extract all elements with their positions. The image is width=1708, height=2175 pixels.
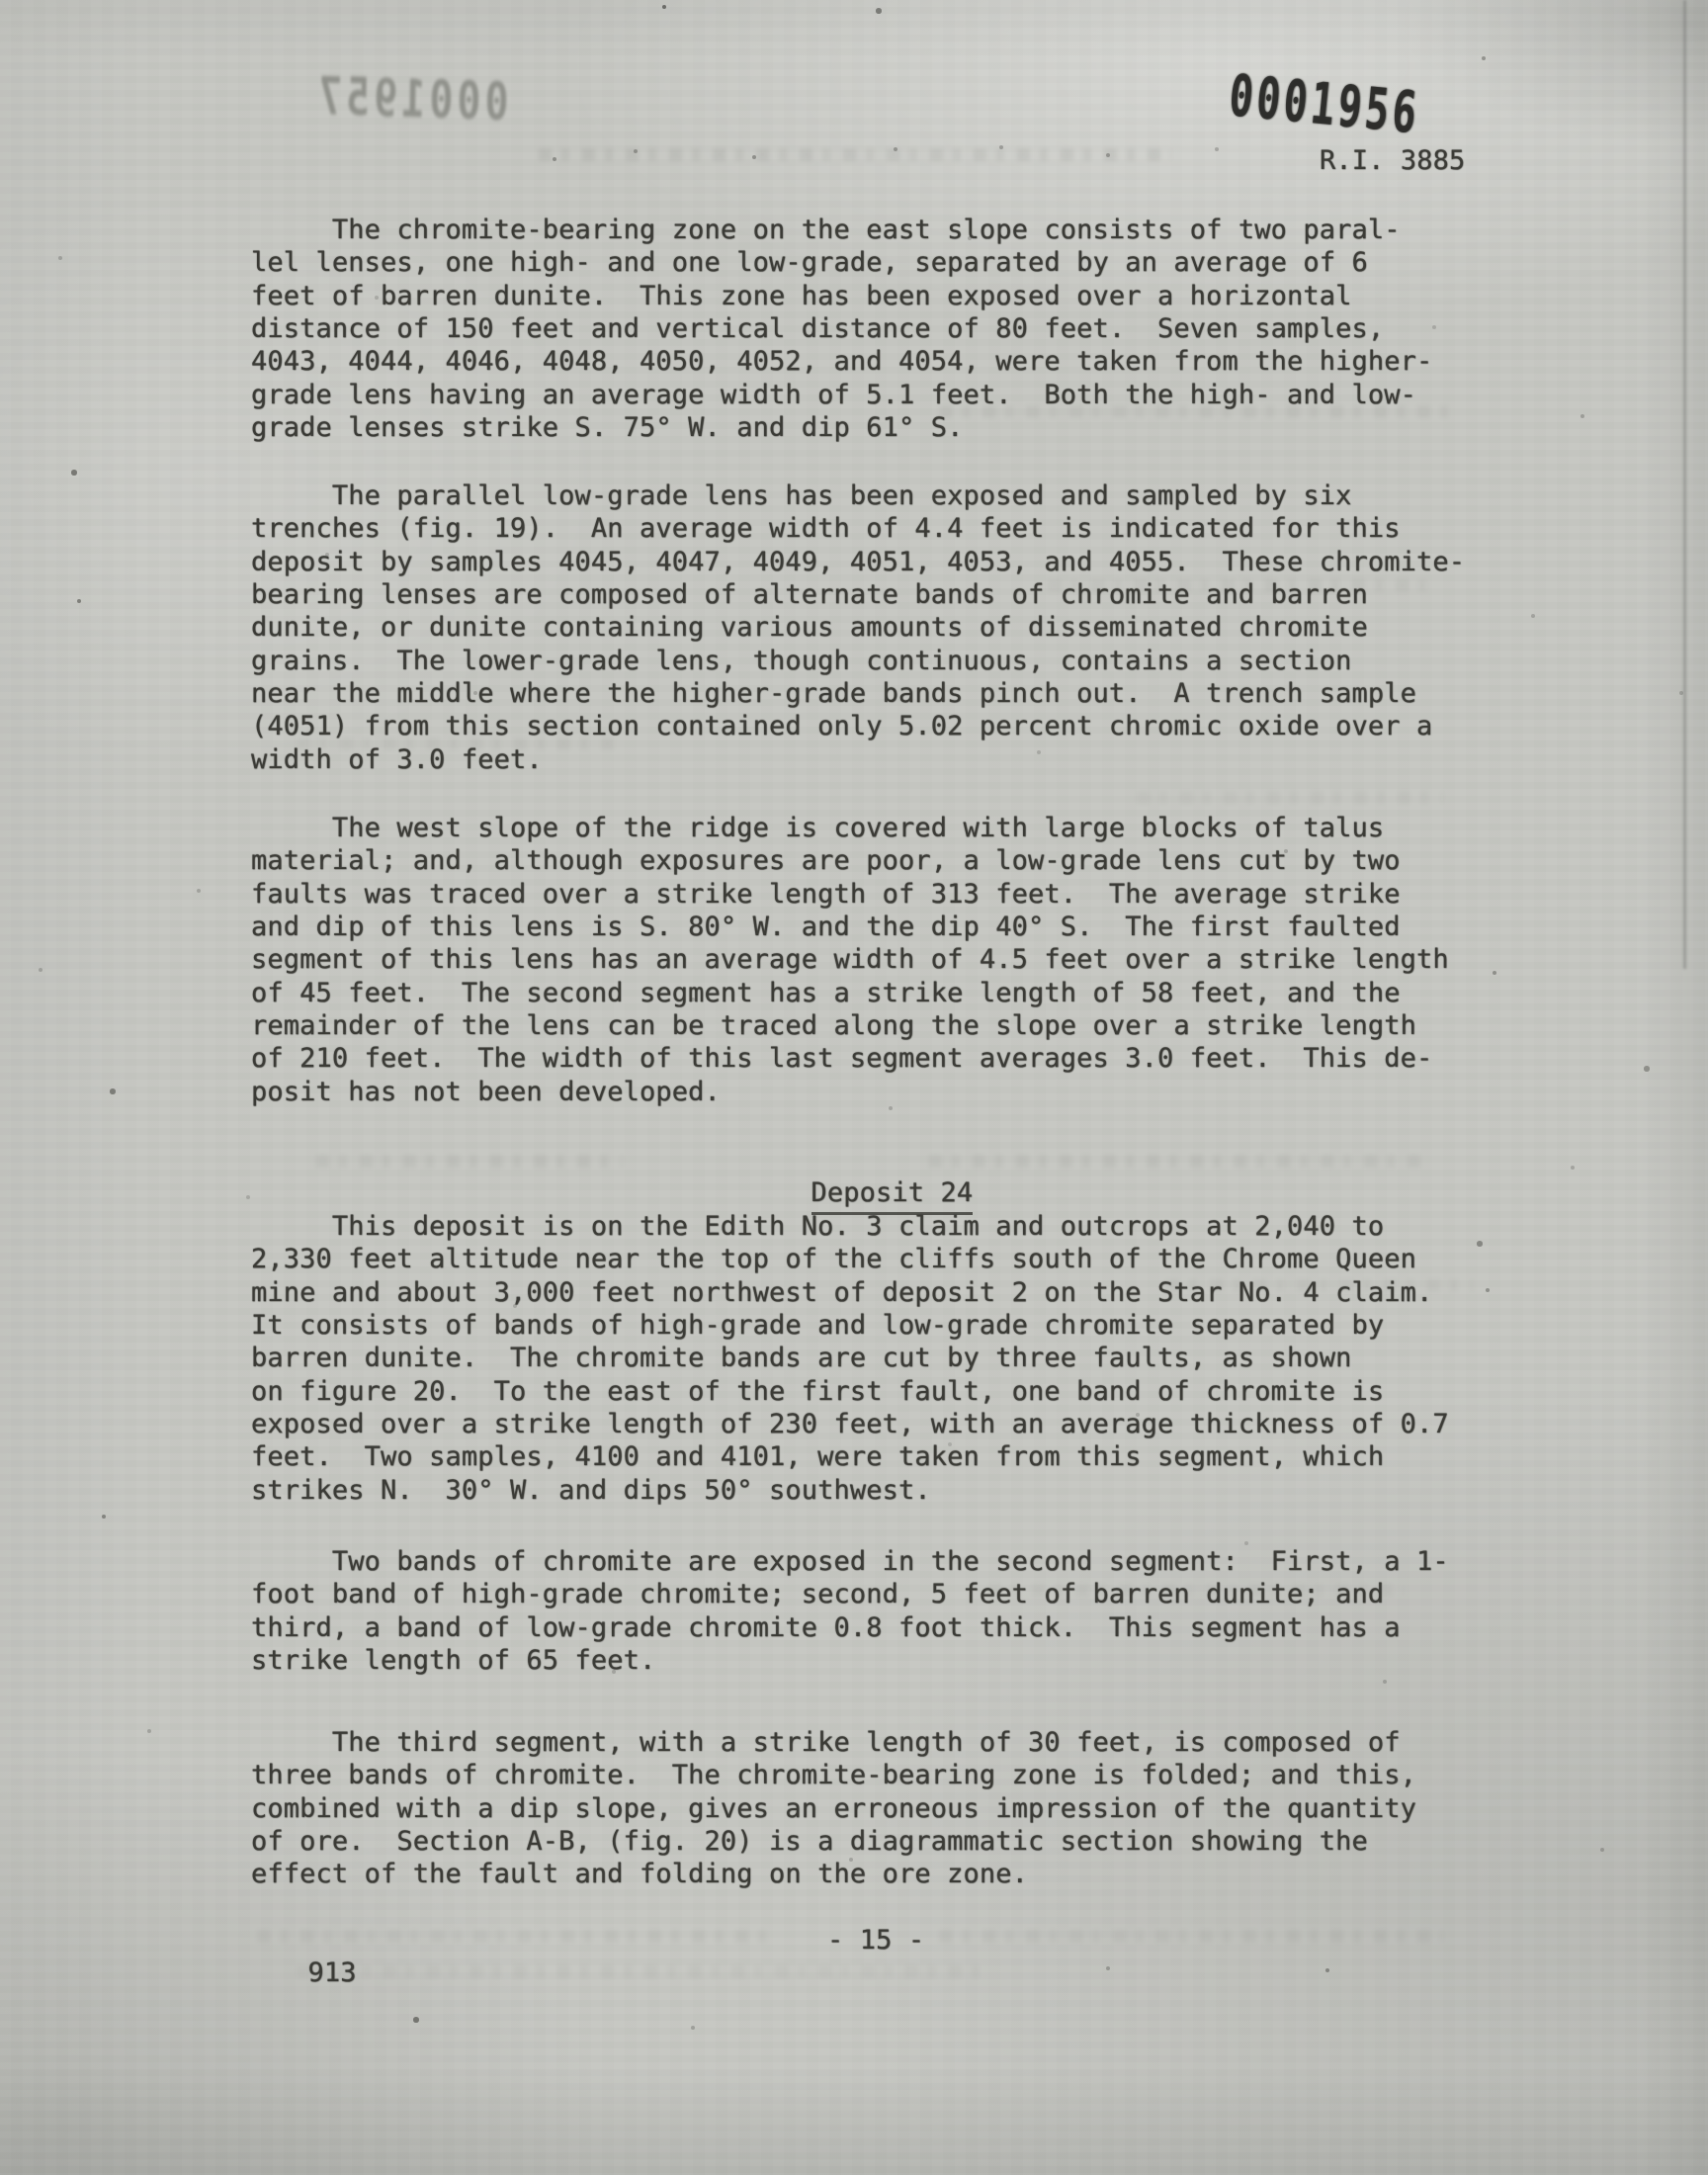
bleedthrough-smudge (929, 1155, 1423, 1168)
bleedthrough-smudge (297, 1965, 988, 1978)
paragraph-third-segment: The third segment, with a strike length … (251, 1726, 1416, 1891)
paper-edge-shadow (1683, 0, 1686, 969)
bleedthrough-smudge (1137, 791, 1443, 804)
scanned-document-page: 0001957 0001956 R.I. 3885 The chromite-b… (0, 0, 1708, 2175)
bleedthrough-serial-stamp: 0001957 (313, 66, 509, 134)
report-number: R.I. 3885 (1320, 144, 1465, 177)
footer-plate-number: 913 (308, 1957, 357, 1988)
paragraph-low-grade-lens: The parallel low-grade lens has been exp… (251, 479, 1465, 776)
bleedthrough-smudge (539, 148, 1171, 161)
section-heading-text: Deposit 24 (811, 1176, 974, 1214)
bleedthrough-smudge (316, 1155, 623, 1168)
scan-speckles (0, 0, 2, 2)
paragraph-west-slope: The west slope of the ridge is covered w… (251, 812, 1449, 1108)
paragraph-east-slope: The chromite-bearing zone on the east sl… (251, 214, 1432, 444)
page-footer: 913 - 15 - (243, 1924, 1034, 1957)
paragraph-second-segment: Two bands of chromite are exposed in the… (251, 1545, 1449, 1677)
page-number: - 15 - (827, 1924, 924, 1957)
paragraph-deposit-24-location: This deposit is on the Edith No. 3 claim… (251, 1210, 1449, 1507)
